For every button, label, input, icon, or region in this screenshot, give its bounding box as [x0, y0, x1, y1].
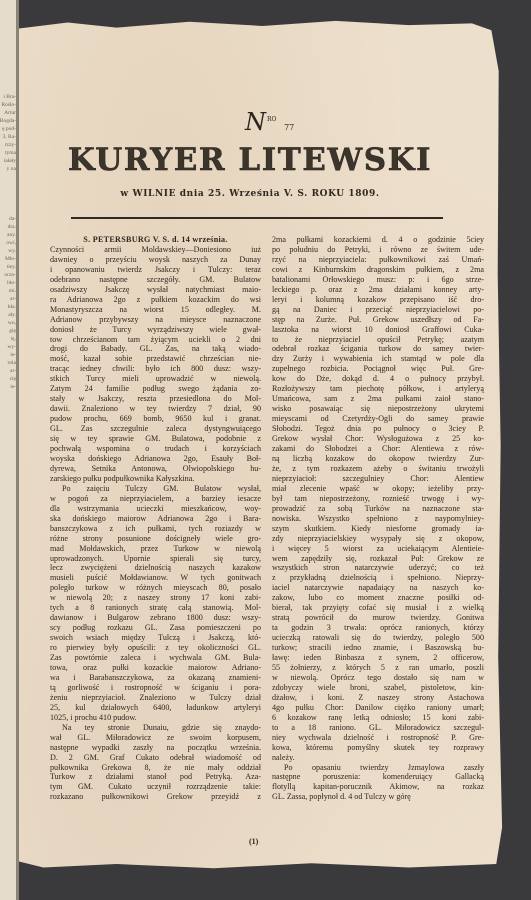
adjacent-text-fragment: gię	[9, 327, 16, 335]
text-line: ra Adrianowa 2go z pułkiem kozackim do w…	[50, 295, 261, 305]
text-line: Turkow z działami stanoł pod Petryką. Az…	[50, 772, 261, 782]
text-line: Czynności armii Moldawskiey—Doniesiono i…	[50, 245, 261, 255]
text-line: 2ma pułkami kozackiemi d. 4 o godzinie 5…	[272, 235, 484, 245]
text-line: Umańcowa, sam z 2ma pułkami zaioł stano-	[272, 394, 484, 404]
newspaper-title: KURYER LITEWSKI	[55, 142, 445, 178]
text-line: 4go pułku Chor: Danilow ciężko raniony u…	[272, 703, 484, 713]
text-line: uprowadzonych. Upornie spierali się turc…	[50, 554, 261, 564]
text-line: Po opasaniu twierdzy Jzmaylowa zaszły	[272, 763, 484, 773]
text-line: różne strony posunione dościgneły wiele …	[50, 534, 261, 544]
text-line: w niewolą. Oprócz tego dostało się nam w	[272, 673, 484, 683]
text-line: miał zlecenie wpaść w okopy; ieżeliby pr…	[272, 484, 484, 494]
adjacent-text-fragment: rzzy-	[5, 141, 16, 149]
text-line: woyska dońskiego Adrianowa 2go, Esauły B…	[50, 454, 261, 464]
text-line: stały w Jsakczy, reszta przesiedlona do …	[50, 394, 261, 404]
text-line: ta godzin 3 trwała: oprócz ranionych, kt…	[272, 623, 484, 633]
text-line: Rozłożywszy tam piechotę półkow, i artyl…	[272, 384, 484, 394]
text-line: Na tey stronie Dunaiu, gdzie się znaydo-	[50, 723, 261, 733]
text-line: poległo turkow w różnych mieyscach 80, p…	[50, 583, 261, 593]
text-line: cowi z Kinburnskim dragonskim pułkiem, z…	[272, 265, 484, 275]
text-line: pudow prochu, 669 bomb, 9650 kul i grana…	[50, 414, 261, 424]
text-line: odebrano następne szczegóły. GM. Bulatow	[50, 275, 261, 285]
text-line: mieyscami od Czetyrdży-Ogli do samey pra…	[272, 414, 484, 424]
text-line: Monastyryszcza na wiorst 15 odległey. M.	[50, 305, 261, 315]
text-line: stkich Turcy mieli uprowadzić w niewolą.	[50, 374, 261, 384]
text-line: 6 kozakow ranę letką odniosło; 15 koni z…	[272, 713, 484, 723]
adjacent-text-fragment: da-	[9, 215, 16, 223]
text-line: dżałow, i koni. Z naszey strony Astachow…	[272, 693, 484, 703]
text-line: Zatym 24 familie podług swego żądania zo…	[50, 384, 261, 394]
text-line: tym GM. Cukato uczynił rozrządzenie taki…	[50, 782, 261, 792]
text-line: scy podług rozkazu GL. Zasa pomieszczeni…	[50, 623, 261, 633]
text-line: Grekow wysłał Chor: Wysłogużowa z 25 ko-	[272, 434, 484, 444]
article-column-right: 2ma pułkami kozackiemi d. 4 o godzinie 5…	[272, 235, 484, 802]
text-line: zdy nieprzyiacielskiey wysypały się z ok…	[272, 534, 484, 544]
adjacent-text-fragment: dra.	[8, 223, 16, 231]
text-line: musieli puścić Mołdawianow. W tych gonit…	[50, 573, 261, 583]
text-line: zakow, lubo co moment znaczne posiłki od…	[272, 593, 484, 603]
text-line: niey wychwala dzielność i rostropność P.…	[272, 733, 484, 743]
article-column-left: S. PETERSBURG V. S. d. 14 września.Czynn…	[50, 235, 261, 802]
text-line: stratą powrócił do murow twierdzy. Gonit…	[272, 613, 484, 623]
text-line: się w tey sprawie GM. Bulatowa, podobnie…	[50, 434, 261, 444]
adjacent-text-fragment: orzo-	[4, 271, 16, 279]
adjacent-text-fragment: Bogda-	[0, 117, 16, 125]
issue-number: NRO 77	[245, 108, 294, 136]
text-line: prowadzić za sobą Turków na naznaczone s…	[272, 504, 484, 514]
text-line: leryi i kolumną kozakow przepisano iść d…	[272, 295, 484, 305]
text-line: banszczykowa z ich pułkami, tych roziazd…	[50, 524, 261, 534]
text-line: GL. Zassa, popłynoł d. 4 od Tulczy w gór…	[272, 792, 484, 802]
text-line: Adrianow przybywszy na mieysce naznaczon…	[50, 315, 261, 325]
text-line: leckiego p. oraz z 2ma działami konney a…	[272, 285, 484, 295]
text-line: wał GL. Miłoradowicz ze swoim korpusem,	[50, 733, 261, 743]
adjacent-text-fragment: wo,	[8, 319, 16, 327]
text-line: Słobodzi. Tegoż dnia po pułnocy o 3ciey …	[272, 424, 484, 434]
text-line: Zas powtórnie zaleca i wychwala GM. Bula…	[50, 653, 261, 663]
text-line: dyrewa, Setnika Antonowa, Olwiopolskiego…	[50, 464, 261, 474]
dateline: w WILNIE dnia 25. Września V. S. ROKU 18…	[55, 189, 445, 199]
text-line: i opanowaniu twierdz Jsakczy i Tulczy: t…	[50, 265, 261, 275]
adjacent-text-fragment: mi.	[9, 287, 16, 295]
text-line: pułkownika Grekowa 8, że nie mały oddzia…	[50, 763, 261, 773]
text-line: wisko posawaiąc się niepostrzeżony ukryt…	[272, 404, 484, 414]
text-line: ławę: ieden Binbasza z synem, 2 officero…	[272, 653, 484, 663]
text-line: Po zaięciu Tulczy GM. Bulatow wysłał,	[50, 484, 261, 494]
text-line: w niewolą 20; z naszey strony 17 koni za…	[50, 593, 261, 603]
text-line: flotyllą kapitan-porucznik Akimow, na ro…	[272, 782, 484, 792]
text-line: GL. Zas szczegulnie zaleca dystyngwuiące…	[50, 424, 261, 434]
adjacent-text-fragment: 3, Ra-	[3, 133, 16, 141]
text-line: zakami do Słobodzei a Chor: Alentiewa z …	[272, 444, 484, 454]
text-line: tą gorliwość i rostropność w ściganiu i …	[50, 683, 261, 693]
text-line: ną liczbą kozakow do okopow twierdzy Zur…	[272, 454, 484, 464]
text-line: nieprzyiacioł: szczegulniey Chor: Alenti…	[272, 474, 484, 484]
text-line: po południu do Petryki, i równo ze świte…	[272, 245, 484, 255]
text-line: że, z tym rozkazem ażeby o świtaniu trwo…	[272, 464, 484, 474]
adjacent-text-fragment: any.	[7, 231, 16, 239]
text-line: osadziwszy Jsakczę wysłał natychmiast ma…	[50, 285, 261, 295]
issue-number-value: 77	[284, 123, 294, 132]
adjacent-text-fragment: rola	[7, 359, 16, 367]
text-line: drogi do Babady. GL. Zas, na taką wiado-	[50, 344, 261, 354]
text-line: i więcey 5 wiorst za uciekaiącym Alentie…	[272, 544, 484, 554]
adjacent-text-fragment: tyma	[5, 149, 16, 157]
text-line: tych a 8 ranionych stratę całą stanowią.…	[50, 603, 261, 613]
adjacent-text-fragment: i Bra-	[3, 93, 16, 101]
text-line: bierał, tak przyięty cofać się musiał i …	[272, 603, 484, 613]
text-line: swoich wsiach między Tulczą i Jsakczą, k…	[50, 633, 261, 643]
masthead-rule	[71, 217, 443, 219]
text-line: lecz zwyciężeni dzielnością naszych kaza…	[50, 563, 261, 573]
text-line: żeniu nieprzyiacioł. Znaleziono w Tulczy…	[50, 693, 261, 703]
text-line: towa, oraz pułki kozackie maiorow Adrian…	[50, 663, 261, 673]
adjacent-text-fragment: y na	[7, 165, 16, 173]
text-line: dzy Zurży i wywabienia ich stamtąd w pol…	[272, 354, 484, 364]
adjacent-text-fragment: wy-	[7, 343, 16, 351]
text-line: ucieczką ratowali się do twierdzy, poleg…	[272, 633, 484, 643]
text-line: D. 2 GM. Graf Cukato odebrał wiadomość o…	[50, 753, 261, 763]
adjacent-text-fragment: kła.	[8, 303, 16, 311]
adjacent-text-fragment: Roślo-	[1, 101, 16, 109]
text-line: 1025, i prochu 410 pudow.	[50, 713, 261, 723]
text-line: rozkazano pułkownikowi Grekow przeyidź z	[50, 792, 261, 802]
text-line: iaciel natarczywie napadaiący na naszych…	[272, 583, 484, 593]
text-line: zupełnego rozbicia. Pociągnoł więc Puł. …	[272, 364, 484, 374]
issue-number-prefix: N	[245, 108, 266, 136]
text-line: odebrał rozkaz ścigania turkow do samey …	[272, 344, 484, 354]
adjacent-text-fragment: iałały	[4, 157, 16, 165]
text-line: dawniey o przeyściu woysk naszych za Dun…	[50, 255, 261, 265]
text-line: batalionami Orłowskiego musz: p: i 6go s…	[272, 275, 484, 285]
adjacent-text-fragment: Artur	[4, 109, 16, 117]
text-line: mad Mołdawskich, przez Turkow w niewolą	[50, 544, 261, 554]
text-line: pochwałą wspomina o trudach i korzyściac…	[50, 444, 261, 454]
binding-gutter	[16, 0, 19, 900]
text-line: kow do Dże, dokąd d. 4 o pułnocy przybył…	[272, 374, 484, 384]
text-line: dawii. Znaleziono w tey twierdzy 7 dział…	[50, 404, 261, 414]
text-line: wszystkich stron natarczywie uderzyć; co…	[272, 563, 484, 573]
adjacent-text-fragment: owi,	[6, 239, 16, 247]
text-line: to a 18 raniono. GL. Miłoradowicz szczeg…	[272, 723, 484, 733]
text-line: stęp na Zurże. Puł. Grekow uszedłszy od …	[272, 315, 484, 325]
text-line: mość, kazał sobie przedstawić chrześcian…	[50, 354, 261, 364]
text-line: 25, kul działowych 6400, ładunkow artyle…	[50, 703, 261, 713]
text-line: kowa, któremu pomyślny skutek tey rozpra…	[272, 743, 484, 753]
text-line: ska dońskiego maiorow Adrianowa 2go i Ba…	[50, 514, 261, 524]
issue-number-sup: RO	[267, 116, 276, 123]
text-line: tow chrześcianom tam żyiącym uciekli o 2…	[50, 335, 261, 345]
text-line: z przykładną dzielnością i spełniono. Ni…	[272, 573, 484, 583]
adjacent-text-fragment: Mło-	[5, 255, 16, 263]
adjacent-text-fragment: ały.	[8, 311, 16, 319]
text-line: należy.	[272, 753, 484, 763]
text-line: 55 żołnierzy, z których 5 z ran umarło, …	[272, 663, 484, 673]
adjacent-text-fragment: bło-	[7, 279, 16, 287]
text-line: zdobyczy wiele broni, szabel, pistoletow…	[272, 683, 484, 693]
text-line: doniosł że Turcy wyrządziwszy wiele gwał…	[50, 325, 261, 335]
text-line: dla wstrzymania ucieczki mieszkańcow, wo…	[50, 504, 261, 514]
text-line: szym skutkiem. Kiedy niesforne gromady i…	[272, 524, 484, 534]
adjacent-text-fragment: ę pod-	[2, 125, 16, 133]
newspaper-page: NRO 77 KURYER LITEWSKI w WILNIE dnia 25.…	[19, 20, 506, 870]
text-line: gą na Daniec i przeciąć nieprzyiacielowi…	[272, 305, 484, 315]
text-line: turkow; stracili iedno znamie, i Baszows…	[272, 643, 484, 653]
text-line: wa i Barabanszczykowa, za okazaną znamie…	[50, 673, 261, 683]
text-line: w pogoń za nieprzyiacielem, a barziey ie…	[50, 494, 261, 504]
text-line: lasztoka na wiorst 10 doniosł Graffowi C…	[272, 325, 484, 335]
text-line: następne poruszenia: komenderuiący Galla…	[272, 772, 484, 782]
adjacent-text-fragment: wy.	[8, 247, 16, 255]
text-line: zarskiego pułku podpułkownika Kałyszkina…	[50, 474, 261, 484]
adjacent-text-fragment: tiey.	[7, 263, 16, 271]
text-line: ro pierwiey były opuścili: z tey okolicz…	[50, 643, 261, 653]
text-line: następne wypadki zaszły na początku wrze…	[50, 743, 261, 753]
text-line: rzyć na nieprzyiaciela: pułkownikowi zaś…	[272, 255, 484, 265]
text-line: to że nieprzyiaciel opuścił Petrykę; aza…	[272, 335, 484, 345]
text-line: dawianow i Bulgarow zebrano 1800 dusz: w…	[50, 613, 261, 623]
text-line: wem zapędziły się, rozkazał Puł: Grekow …	[272, 554, 484, 564]
adjacent-page-fragment: i Bra-Roślo-ArturBogda-ę pod-3, Ra-rzzy-…	[0, 0, 17, 900]
text-line: tracąc iedney chwili: było ich 800 dusz:…	[50, 364, 261, 374]
text-line: był tam niepostrzeżony, roznieść trwogę …	[272, 494, 484, 504]
article-heading: S. PETERSBURG V. S. d. 14 września.	[50, 235, 261, 245]
page-folio: (1)	[249, 837, 258, 846]
text-line: nowiska. Wszystko spełniono z naypomylni…	[272, 514, 484, 524]
